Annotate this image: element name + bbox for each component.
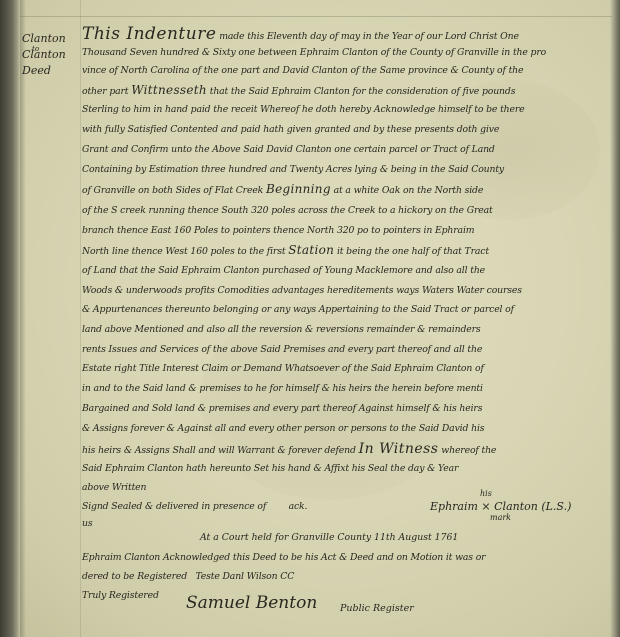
deed-line: of Land that the Said Ephraim Clanton pu… [82, 265, 485, 276]
margin-note-type: Deed [22, 64, 51, 78]
registrar-signature: Samuel Benton [186, 593, 317, 613]
deed-line: Estate right Title Interest Claim or Dem… [82, 363, 484, 374]
deed-line: land above Mentioned and also all the re… [82, 324, 481, 335]
deed-line: Grant and Confirm unto the Above Said Da… [82, 144, 495, 155]
deed-line: North line thence West 160 poles to the … [82, 243, 489, 257]
registration-note: Truly Registered [82, 590, 159, 601]
deed-text: in and to the Said land & premises to he… [82, 383, 483, 394]
deed-text: whereof the [439, 445, 497, 456]
deed-line: above Written [82, 482, 146, 493]
deed-text: rents Issues and Services of the above S… [82, 344, 482, 355]
court-text: dered to be Registered Teste Danl Wilson… [82, 571, 294, 582]
deed-text: North line thence West 160 poles to the … [82, 246, 288, 257]
registrar-title: Public Register [340, 603, 414, 614]
deed-text: land above Mentioned and also all the re… [82, 324, 481, 335]
margin-line [80, 0, 81, 637]
emphasis-word: Wittnesseth [131, 83, 207, 97]
margin-note-name-1: Clanton [22, 32, 66, 46]
deed-line: This Indenture made this Eleventh day of… [82, 24, 519, 44]
court-order: dered to be Registered Teste Danl Wilson… [82, 571, 294, 582]
deed-text: his heirs & Assigns Shall and will Warra… [82, 445, 359, 456]
deed-line: Containing by Estimation three hundred a… [82, 164, 504, 175]
heading: This Indenture [82, 24, 216, 44]
deed-text: Said Ephraim Clanton hath hereunto Set h… [82, 463, 458, 474]
deed-line: Sterling to him in hand paid the receit … [82, 104, 525, 115]
attestation-text: us [82, 518, 92, 529]
emphasis-word: Beginning [266, 182, 331, 196]
deed-line: of Granville on both Sides of Flat Creek… [82, 182, 483, 196]
deed-line: & Appurtenances thereunto belonging or a… [82, 304, 514, 315]
deed-line: & Assigns forever & Against all and ever… [82, 423, 484, 434]
deed-text: & Appurtenances thereunto belonging or a… [82, 304, 514, 315]
deed-text: Estate right Title Interest Claim or Dem… [82, 363, 484, 374]
emphasis-word: In Witness [359, 441, 439, 457]
deed-text: of the S creek running thence South 320 … [82, 205, 493, 216]
deed-line: us [82, 518, 92, 529]
deed-line: his heirs & Assigns Shall and will Warra… [82, 441, 496, 457]
deed-line: rents Issues and Services of the above S… [82, 344, 482, 355]
deed-text: at a white Oak on the North side [331, 185, 483, 196]
deed-text: vince of North Carolina of the one part … [82, 65, 523, 76]
deed-line: Said Ephraim Clanton hath hereunto Set h… [82, 463, 458, 474]
deed-line: Signd Sealed & delivered in presence of … [82, 501, 307, 512]
signature-his: his [480, 489, 492, 498]
grantor-signature: Ephraim × Clanton (L.S.) [430, 500, 571, 513]
deed-text: of Land that the Said Ephraim Clanton pu… [82, 265, 485, 276]
deed-line: Bargained and Sold land & premises and e… [82, 403, 482, 414]
deed-text: Woods & underwoods profits Comodities ad… [82, 285, 522, 296]
deed-text: Containing by Estimation three hundred a… [82, 164, 504, 175]
deed-text: above Written [82, 482, 146, 493]
deed-text: that the Said Ephraim Clanton for the co… [207, 86, 515, 97]
court-text: Ephraim Clanton Acknowledged this Deed t… [82, 552, 485, 563]
deed-line: of the S creek running thence South 320 … [82, 205, 493, 216]
deed-text: branch thence East 160 Poles to pointers… [82, 225, 474, 236]
emphasis-word: Station [288, 243, 334, 257]
document-page: Clanton to Clanton Deed This Indenture m… [0, 0, 620, 637]
book-binding [0, 0, 20, 637]
deed-line: vince of North Carolina of the one part … [82, 65, 523, 76]
deed-text: other part [82, 86, 131, 97]
court-acknowledgment: Ephraim Clanton Acknowledged this Deed t… [82, 552, 485, 563]
deed-line: with fully Satisfied Contented and paid … [82, 124, 499, 135]
margin-note-name-2: Clanton [22, 48, 66, 62]
deed-text: it being the one half of that Tract [334, 246, 489, 257]
ruled-line [20, 16, 612, 17]
court-text: Truly Registered [82, 590, 159, 601]
deed-text: & Assigns forever & Against all and ever… [82, 423, 484, 434]
deed-text: Sterling to him in hand paid the receit … [82, 104, 525, 115]
deed-line: Thousand Seven hundred & Sixty one betwe… [82, 47, 546, 58]
deed-line: other part Wittnesseth that the Said Eph… [82, 83, 515, 97]
deed-line: branch thence East 160 Poles to pointers… [82, 225, 474, 236]
deed-text: made this Eleventh day of may in the Yea… [216, 31, 518, 42]
page-edge [610, 0, 620, 637]
court-line: At a Court held for Granville County 11t… [200, 532, 458, 543]
signature-mark: mark [490, 513, 511, 522]
deed-text: with fully Satisfied Contented and paid … [82, 124, 499, 135]
deed-text: Thousand Seven hundred & Sixty one betwe… [82, 47, 546, 58]
deed-text: Bargained and Sold land & premises and e… [82, 403, 482, 414]
deed-text: Grant and Confirm unto the Above Said Da… [82, 144, 495, 155]
deed-line: Woods & underwoods profits Comodities ad… [82, 285, 522, 296]
attestation-text: Signd Sealed & delivered in presence of … [82, 501, 307, 512]
deed-text: of Granville on both Sides of Flat Creek [82, 185, 266, 196]
deed-line: in and to the Said land & premises to he… [82, 383, 483, 394]
